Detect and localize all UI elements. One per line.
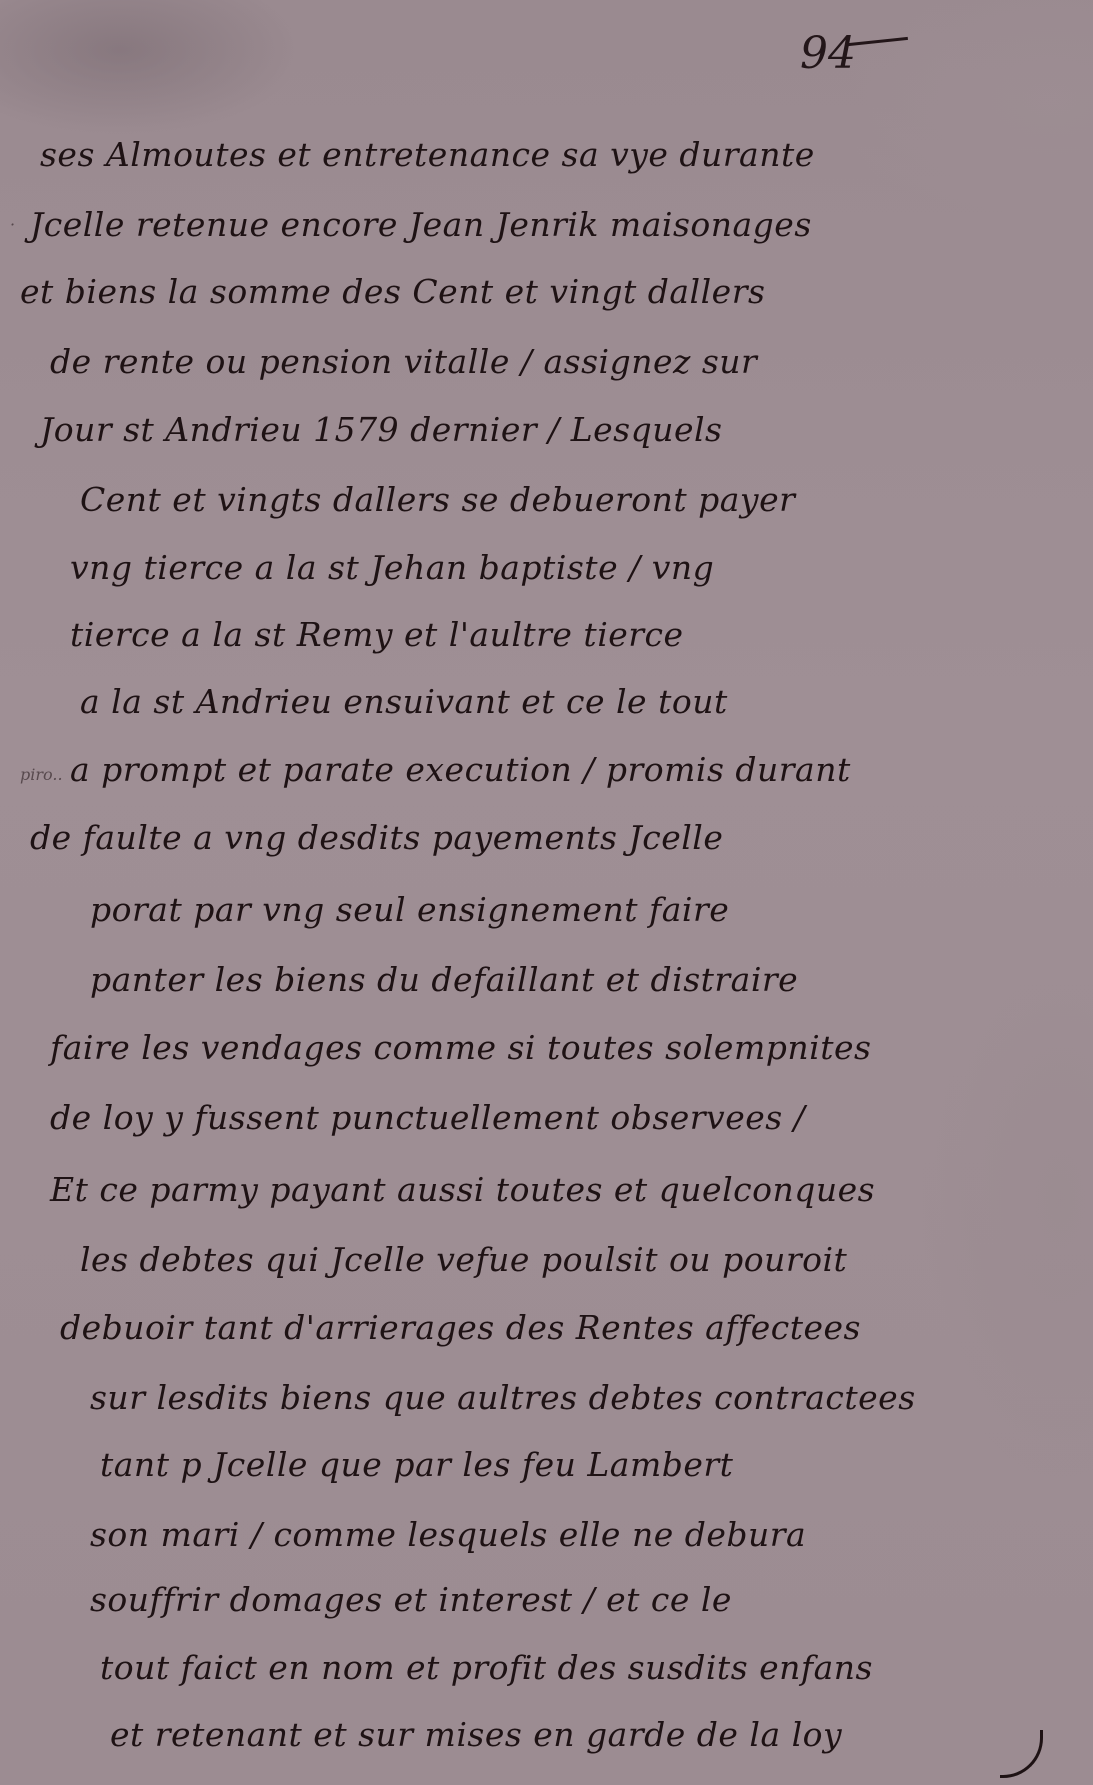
margin-mark: piro.. — [20, 765, 63, 784]
manuscript-line: sur lesdits biens que aultres debtes con… — [90, 1378, 916, 1417]
manuscript-line: et biens la somme des Cent et vingt dall… — [20, 272, 765, 311]
manuscript-line: de rente ou pension vitalle / assignez s… — [50, 342, 757, 381]
manuscript-line: a la st Andrieu ensuivant et ce le tout — [80, 682, 728, 721]
manuscript-line: et retenant et sur mises en garde de la … — [110, 1715, 842, 1754]
manuscript-line: ses Almoutes et entretenance sa vye dura… — [40, 135, 815, 174]
manuscript-line: vng tierce a la st Jehan baptiste / vng — [70, 548, 714, 587]
manuscript-line: tierce a la st Remy et l'aultre tierce — [70, 615, 684, 654]
folio-number: 94 — [800, 28, 856, 79]
manuscript-line: porat par vng seul ensignement faire — [90, 890, 729, 929]
manuscript-line: Jcelle retenue encore Jean Jenrik maison… — [30, 205, 812, 244]
manuscript-page: 94 ses Almoutes et entretenance sa vye d… — [0, 0, 1093, 1785]
manuscript-line: Jour st Andrieu 1579 dernier / Lesquels — [40, 410, 723, 449]
manuscript-line: de faulte a vng desdits payements Jcelle — [30, 818, 723, 857]
manuscript-line: les debtes qui Jcelle vefue poulsit ou p… — [80, 1240, 847, 1279]
manuscript-line: panter les biens du defaillant et distra… — [90, 960, 798, 999]
manuscript-line: tant p Jcelle que par les feu Lambert — [100, 1445, 733, 1484]
folio-flourish — [848, 37, 908, 46]
manuscript-line: Cent et vingts dallers se debueront paye… — [80, 480, 795, 519]
manuscript-line: faire les vendages comme si toutes solem… — [50, 1028, 871, 1067]
manuscript-line: a prompt et parate execution / promis du… — [70, 750, 851, 789]
manuscript-line: souffrir domages et interest / et ce le — [90, 1580, 732, 1619]
manuscript-line: debuoir tant d'arrierages des Rentes aff… — [60, 1308, 861, 1347]
margin-mark: · — [10, 215, 15, 234]
manuscript-line: Et ce parmy payant aussi toutes et quelc… — [50, 1170, 875, 1209]
final-flourish — [1000, 1730, 1043, 1778]
manuscript-line: de loy y fussent punctuellement observee… — [50, 1098, 805, 1137]
manuscript-line: son mari / comme lesquels elle ne debura — [90, 1515, 806, 1554]
manuscript-line: tout faict en nom et profit des susdits … — [100, 1648, 873, 1687]
